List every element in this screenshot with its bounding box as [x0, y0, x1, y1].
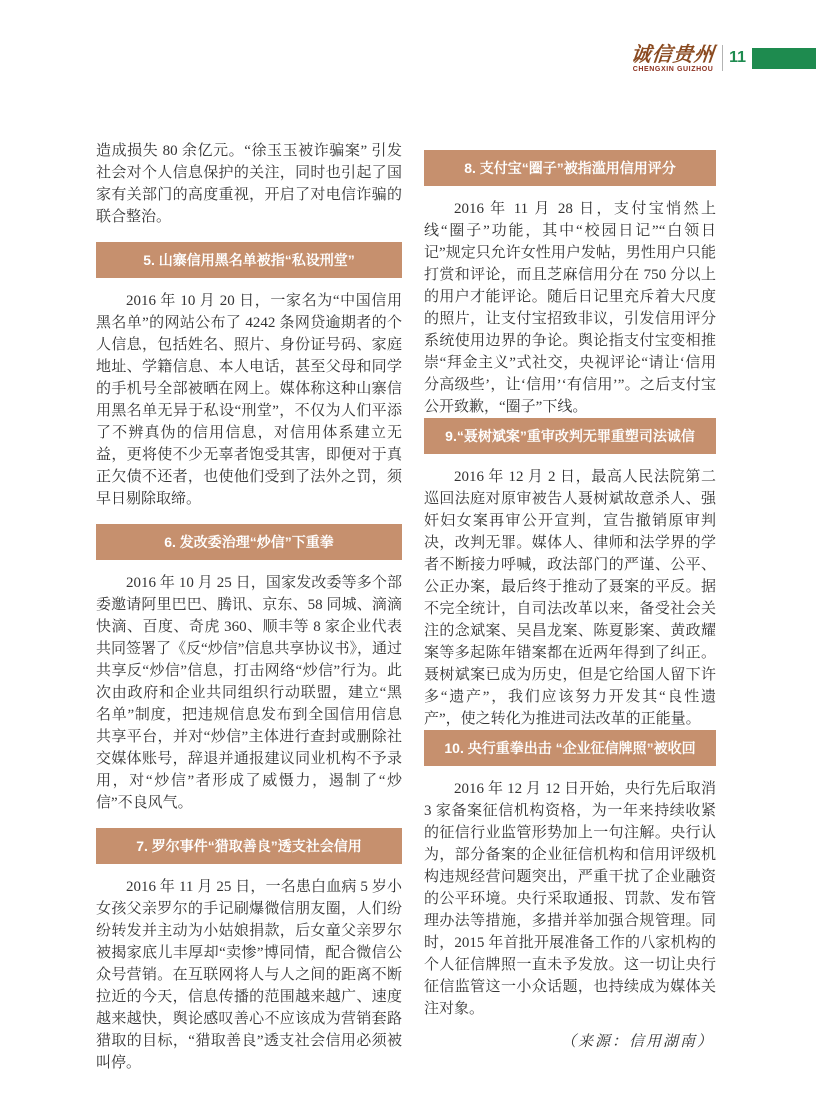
section-5-body: 2016 年 10 月 20 日，一家名为“中国信用黑名单”的网站公布了 424… — [96, 290, 402, 510]
section-9: 9.“聂树斌案”重审改判无罪重塑司法诚信 2016 年 12 月 2 日，最高人… — [424, 418, 716, 730]
section-9-body: 2016 年 12 月 2 日，最高人民法院第二巡回法庭对原审被告人聂树斌故意杀… — [424, 466, 716, 730]
intro-paragraph: 造成损失 80 余亿元。“徐玉玉被诈骗案” 引发社会对个人信息保护的关注，同时也… — [96, 140, 402, 228]
section-8-body: 2016 年 11 月 28 日，支付宝悄然上线“圈子”功能，其中“校园日记”“… — [424, 198, 716, 418]
logo-calligraphy: 诚信贵州 — [630, 44, 716, 64]
section-8-title: 8. 支付宝“圈子”被指滥用信用评分 — [424, 150, 716, 186]
section-10: 10. 央行重拳出击 “企业征信牌照”被收回 2016 年 12 月 12 日开… — [424, 730, 716, 1020]
left-column: 造成损失 80 余亿元。“徐玉玉被诈骗案” 引发社会对个人信息保护的关注，同时也… — [96, 140, 402, 1074]
section-10-title: 10. 央行重拳出击 “企业征信牌照”被收回 — [424, 730, 716, 766]
logo: 诚信贵州 CHENGXIN GUIZHOU — [631, 44, 715, 73]
section-6: 6. 发改委治理“炒信”下重拳 2016 年 10 月 25 日，国家发改委等多… — [96, 524, 402, 814]
section-7-title: 7. 罗尔事件“猎取善良”透支社会信用 — [96, 828, 402, 864]
section-6-body: 2016 年 10 月 25 日，国家发改委等多个部委邀请阿里巴巴、腾讯、京东、… — [96, 572, 402, 814]
section-8: 8. 支付宝“圈子”被指滥用信用评分 2016 年 11 月 28 日，支付宝悄… — [424, 150, 716, 418]
section-7-body: 2016 年 11 月 25 日，一名患白血病 5 岁小女孩父亲罗尔的手记刷爆微… — [96, 876, 402, 1074]
section-5-title: 5. 山寨信用黑名单被指“私设刑堂” — [96, 242, 402, 278]
magazine-page: 诚信贵州 CHENGXIN GUIZHOU 11 造成损失 80 余亿元。“徐玉… — [0, 0, 816, 1100]
logo-subtitle: CHENGXIN GUIZHOU — [631, 66, 715, 73]
right-column: 8. 支付宝“圈子”被指滥用信用评分 2016 年 11 月 28 日，支付宝悄… — [424, 150, 716, 1051]
source-attribution: （来源：信用湖南） — [424, 1030, 716, 1051]
masthead: 诚信贵州 CHENGXIN GUIZHOU 11 — [631, 40, 816, 76]
section-7: 7. 罗尔事件“猎取善良”透支社会信用 2016 年 11 月 25 日，一名患… — [96, 828, 402, 1074]
section-9-title: 9.“聂树斌案”重审改判无罪重塑司法诚信 — [424, 418, 716, 454]
page-number: 11 — [729, 49, 746, 67]
masthead-green-bar — [752, 48, 816, 69]
section-6-title: 6. 发改委治理“炒信”下重拳 — [96, 524, 402, 560]
section-10-body: 2016 年 12 月 12 日开始，央行先后取消 3 家备案征信机构资格，为一… — [424, 778, 716, 1020]
masthead-divider — [722, 45, 723, 71]
section-5: 5. 山寨信用黑名单被指“私设刑堂” 2016 年 10 月 20 日，一家名为… — [96, 242, 402, 510]
